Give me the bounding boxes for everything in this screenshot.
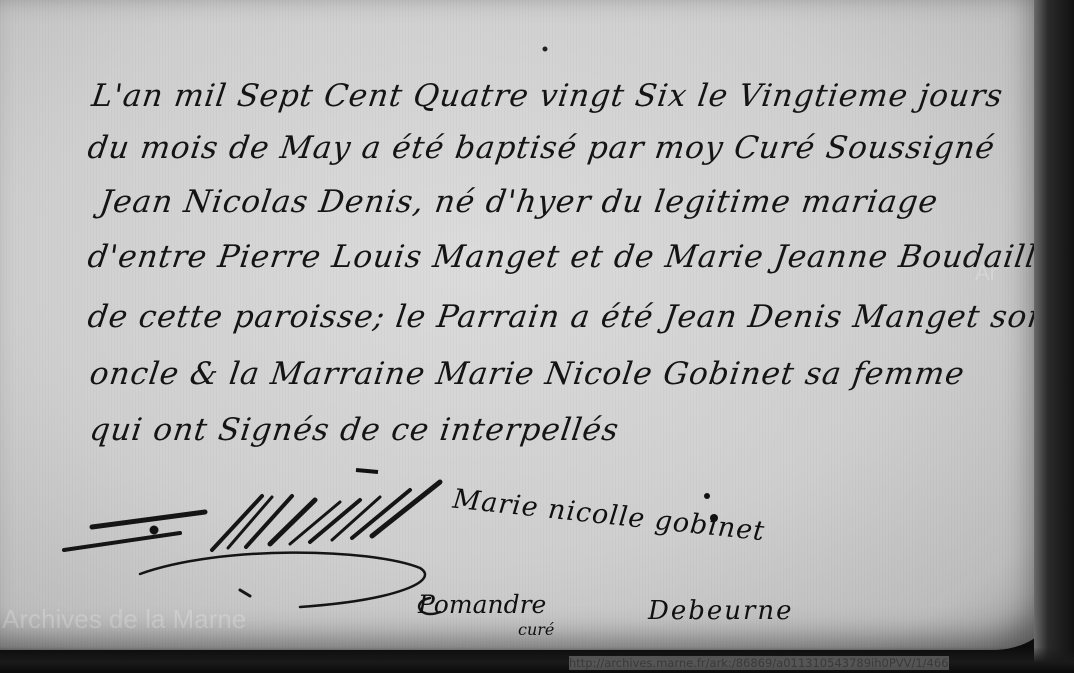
archive-watermark-edge: Ar <box>975 260 997 286</box>
signature-priest-title: curé <box>518 620 554 639</box>
signature-priest: Pomandre <box>418 590 546 619</box>
book-gutter <box>1034 0 1074 673</box>
signature-witness: Debeurne <box>648 596 794 626</box>
archive-watermark: Archives de la Marne <box>2 604 246 635</box>
signature-flourish-icon <box>0 0 1052 650</box>
register-page: L'an mil Sept Cent Quatre vingt Six le V… <box>0 0 1052 650</box>
source-url: http://archives.marne.fr/ark:/86869/a011… <box>569 656 949 670</box>
